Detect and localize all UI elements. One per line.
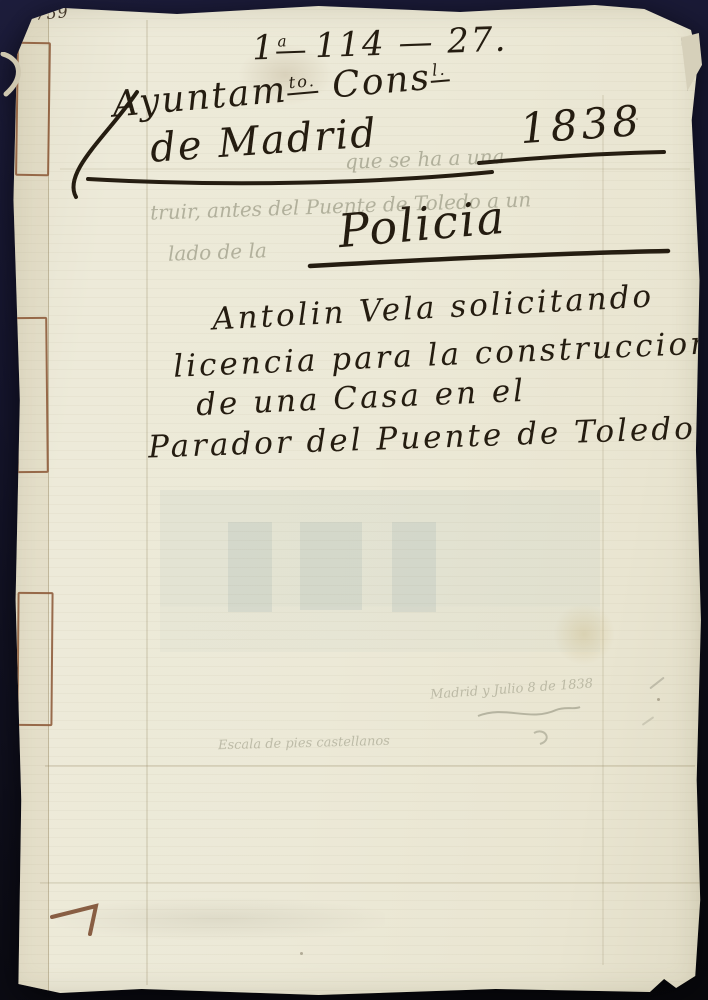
bleed-through-date-line: Madrid y Julio 8 de 1838 — [430, 676, 594, 702]
binding-stitch-middle — [15, 317, 49, 473]
year-underline-stroke — [479, 152, 664, 163]
bleed-through-scale-caption: Escala de pies castellanos — [218, 734, 390, 753]
bleed-through-plan-drawing — [160, 490, 600, 652]
photographed-manuscript: que se ha a una truir, antes del Puente … — [0, 0, 708, 1000]
binding-stitch-top — [15, 42, 51, 176]
file-reference-number: 1 — [251, 28, 276, 69]
institution-superscript-to: to. — [286, 71, 319, 96]
ghost-rubric-scribble — [534, 731, 547, 744]
paper-speck — [300, 952, 303, 955]
madrid-underline-stroke — [88, 172, 492, 183]
institution-superscript-l: l. — [429, 59, 449, 83]
bleed-through-text-line: lado de la — [168, 238, 268, 265]
file-reference-superscript: a — [275, 31, 305, 53]
ghost-window-rect — [228, 522, 272, 612]
faint-pen-slash — [649, 677, 664, 690]
archive-number: 7759 — [23, 2, 69, 25]
ghost-signature-squiggle — [478, 707, 580, 716]
binding-stitch-bottom — [16, 592, 53, 726]
subject-line: Antolin Vela solicitando — [211, 278, 655, 337]
horizontal-crease-bottom — [40, 882, 700, 884]
faint-pen-slash — [642, 716, 655, 726]
manuscript-cover-page: que se ha a una truir, antes del Puente … — [0, 0, 708, 1000]
year: 1838 — [518, 96, 644, 153]
ghost-window-rect — [300, 522, 362, 610]
institution-abbrev-cons: Cons — [330, 57, 432, 106]
vertical-crease-right — [602, 95, 604, 965]
vertical-crease-left — [146, 20, 148, 985]
pencil-smudge-bottom — [55, 898, 385, 940]
paper-speck — [657, 698, 660, 701]
horizontal-crease-lower — [45, 765, 695, 767]
ghost-window-rect — [392, 522, 436, 612]
thread-loop — [3, 54, 18, 94]
